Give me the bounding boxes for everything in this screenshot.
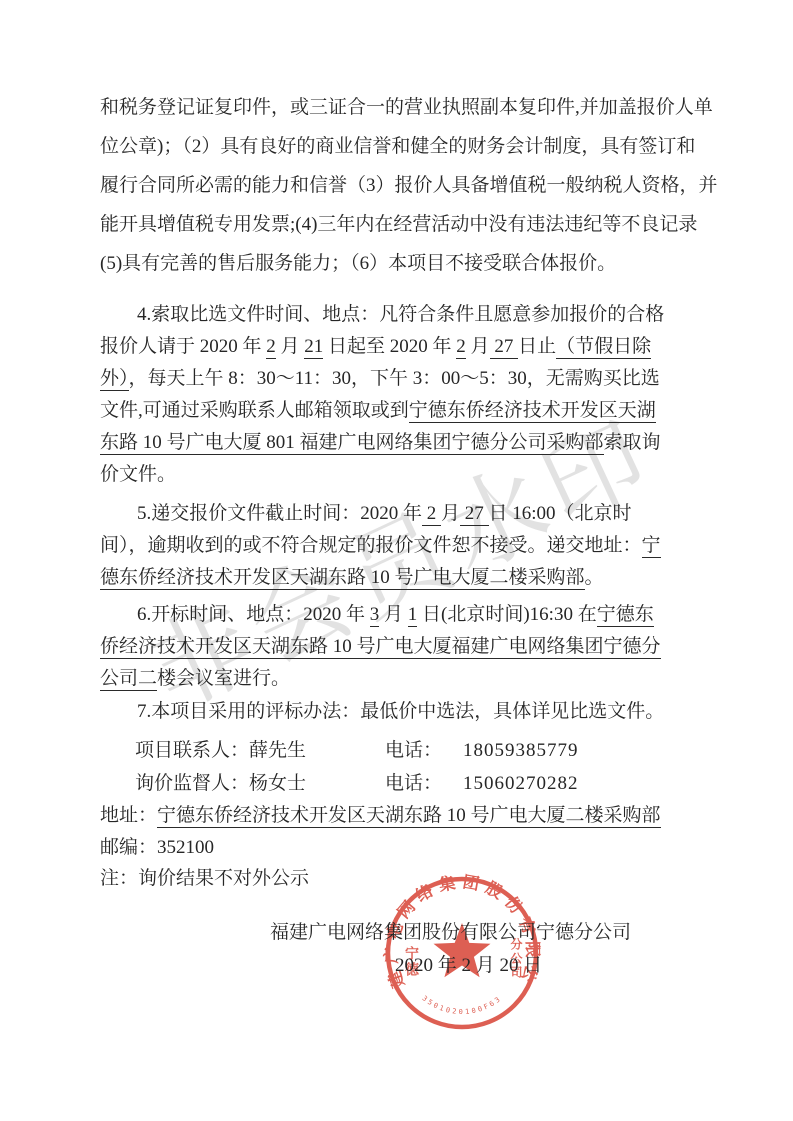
underlined-text-segment: 3 bbox=[370, 604, 380, 627]
doc-line: 德东侨经济技术开发区天湖东路 10 号广电大厦二楼采购部。 bbox=[100, 562, 718, 594]
underlined-text-segment: （节假日除 bbox=[556, 336, 651, 359]
phone-number: 15060270282 bbox=[463, 767, 579, 800]
underlined-text-segment: 21 bbox=[304, 336, 323, 359]
doc-line: 外），每天上午 8：30～11：30，下午 3：00～5：30，无需购买比选 bbox=[100, 363, 718, 395]
underlined-text-segment: 2 bbox=[266, 336, 276, 359]
underlined-text-segment: 东路 10 号广电大厦 801 福建广电网络集团宁德分公司采购部 bbox=[100, 432, 604, 455]
doc-line: 东路 10 号广电大厦 801 福建广电网络集团宁德分公司采购部索取询 bbox=[100, 427, 718, 459]
scanned-document-page: 非会员水印 福建广电网络集团股份有限公司 3501020100F63 宁德 分公… bbox=[0, 0, 793, 1121]
doc-line: 4.索取比选文件时间、地点：凡符合条件且愿意参加报价的合格 bbox=[100, 299, 718, 331]
item-4: 4.索取比选文件时间、地点：凡符合条件且愿意参加报价的合格报价人请于 2020 … bbox=[100, 299, 718, 491]
text-segment: 日(北京时间)16:30 在 bbox=[417, 604, 596, 625]
doc-line: 和税务登记证复印件，或三证合一的营业执照副本复印件,并加盖报价人单 bbox=[100, 88, 718, 127]
doc-line: 价文件。 bbox=[100, 459, 718, 491]
phone-label: 电话： bbox=[385, 734, 463, 767]
text-segment: 文件,可通过采购联系人邮箱领取或到 bbox=[100, 400, 409, 421]
doc-line: 6.开标时间、地点：2020 年 3 月 1 日(北京时间)16:30 在宁德东 bbox=[100, 599, 718, 631]
text-segment: 4.索取比选文件时间、地点：凡符合条件且愿意参加报价的合格 bbox=[137, 304, 664, 325]
text-segment: 履行合同所必需的能力和信誉（3）报价人具备增值税一般纳税人资格，并 bbox=[100, 175, 718, 196]
text-segment: 6.开标时间、地点：2020 年 bbox=[137, 604, 370, 625]
underlined-text-segment: 侨经济技术开发区天湖东路 10 号广电大厦福建广电网络集团宁德分 bbox=[100, 636, 661, 659]
address-line: 地址：宁德东侨经济技术开发区天湖东路 10 号广电大厦二楼采购部 bbox=[100, 800, 718, 832]
text-segment: 索取询 bbox=[604, 432, 661, 453]
doc-line: 5.递交报价文件截止时间：2020 年 2 月 27 日 16:00（北京时 bbox=[100, 498, 718, 530]
text-segment: 月 bbox=[441, 503, 460, 524]
signature-block: 福建广电网络集团股份有限公司宁德分公司 2020 年 2 月 20 日 bbox=[270, 916, 631, 982]
contact-person-label: 项目联系人：薛先生 bbox=[135, 734, 385, 767]
footer-block: 地址：宁德东侨经济技术开发区天湖东路 10 号广电大厦二楼采购部邮编：35210… bbox=[100, 800, 718, 895]
postcode-line: 邮编：352100 bbox=[100, 832, 718, 864]
doc-line: 报价人请于 2020 年 2 月 21 日起至 2020 年 2 月 27 日止… bbox=[100, 331, 718, 363]
note-line: 注：询价结果不对外公示 bbox=[100, 863, 718, 895]
underlined-text-segment: 公司二 bbox=[100, 668, 157, 691]
document-body: 和税务登记证复印件，或三证合一的营业执照副本复印件,并加盖报价人单位公章)；（2… bbox=[100, 88, 718, 895]
underlined-text-segment: 27 bbox=[460, 503, 489, 526]
text-segment: 月 bbox=[276, 336, 305, 357]
doc-line: 侨经济技术开发区天湖东路 10 号广电大厦福建广电网络集团宁德分 bbox=[100, 631, 718, 663]
text-segment: 间），逾期收到的或不符合规定的报价文件恕不接受。递交地址： bbox=[100, 535, 642, 556]
item-5: 5.递交报价文件截止时间：2020 年 2 月 27 日 16:00（北京时间）… bbox=[100, 498, 718, 594]
underlined-text-segment: 2 bbox=[422, 503, 441, 526]
text-segment: 楼会议室进行。 bbox=[157, 668, 290, 689]
phone-number: 18059385779 bbox=[463, 734, 579, 767]
item-6: 6.开标时间、地点：2020 年 3 月 1 日(北京时间)16:30 在宁德东… bbox=[100, 599, 718, 695]
text-segment: 日止 bbox=[518, 336, 556, 357]
text-segment: 日起至 2020 年 bbox=[323, 336, 456, 357]
underlined-text-segment: 外） bbox=[100, 368, 129, 391]
doc-line: 履行合同所必需的能力和信誉（3）报价人具备增值税一般纳税人资格，并 bbox=[100, 166, 718, 205]
text-segment: 报价人请于 2020 年 bbox=[100, 336, 266, 357]
phone-label: 电话： bbox=[385, 767, 463, 800]
underlined-text-segment: 1 bbox=[408, 604, 418, 627]
text-segment: 和税务登记证复印件，或三证合一的营业执照副本复印件,并加盖报价人单 bbox=[100, 97, 713, 118]
item-7: 7.本项目采用的评标办法：最低价中选法，具体详见比选文件。 bbox=[100, 695, 718, 728]
text-segment: (5)具有完善的售后服务能力；（6）本项目不接受联合体报价。 bbox=[100, 253, 616, 274]
text-segment: 月 bbox=[379, 604, 408, 625]
doc-line: 文件,可通过采购联系人邮箱领取或到宁德东侨经济技术开发区天湖 bbox=[100, 395, 718, 427]
intro-paragraph: 和税务登记证复印件，或三证合一的营业执照副本复印件,并加盖报价人单位公章)；（2… bbox=[100, 88, 718, 283]
underlined-text-segment: 德东侨经济技术开发区天湖东路 10 号广电大厦二楼采购部 bbox=[100, 567, 585, 590]
signature-company: 福建广电网络集团股份有限公司宁德分公司 bbox=[270, 916, 631, 949]
doc-line: (5)具有完善的售后服务能力；（6）本项目不接受联合体报价。 bbox=[100, 244, 718, 283]
seal-code-text: 3501020100F63 bbox=[421, 994, 504, 1016]
doc-line: 能开具增值税专用发票;(4)三年内在经营活动中没有违法违纪等不良记录 bbox=[100, 205, 718, 244]
text-segment: 地址： bbox=[100, 805, 157, 826]
underlined-text-segment: 宁德东侨经济技术开发区天湖东路 10 号广电大厦二楼采购部 bbox=[157, 805, 661, 828]
doc-line: 公司二楼会议室进行。 bbox=[100, 663, 718, 695]
doc-line: 位公章)；（2）具有良好的商业信誉和健全的财务会计制度，具有签订和 bbox=[100, 127, 718, 166]
text-segment: 能开具增值税专用发票;(4)三年内在经营活动中没有违法违纪等不良记录 bbox=[100, 214, 697, 235]
text-segment: 日 16:00（北京时 bbox=[489, 503, 632, 524]
text-segment: 邮编：352100 bbox=[100, 837, 214, 858]
underlined-text-segment: 27 bbox=[490, 336, 519, 359]
text-segment: 。 bbox=[585, 567, 604, 588]
signature-date: 2020 年 2 月 20 日 bbox=[270, 949, 631, 982]
underlined-text-segment: 宁德东侨经济技术开发区天湖 bbox=[409, 400, 656, 423]
underlined-text-segment: 宁 bbox=[642, 535, 661, 558]
doc-line: 7.本项目采用的评标办法：最低价中选法，具体详见比选文件。 bbox=[100, 695, 718, 728]
text-segment: 月 bbox=[466, 336, 490, 357]
contacts-block: 项目联系人：薛先生电话：18059385779询价监督人：杨女士电话：15060… bbox=[100, 734, 718, 800]
underlined-text-segment: 宁德东 bbox=[597, 604, 654, 627]
text-segment: 7.本项目采用的评标办法：最低价中选法，具体详见比选文件。 bbox=[137, 701, 664, 722]
text-segment: 价文件。 bbox=[100, 464, 176, 485]
text-segment: 注：询价结果不对外公示 bbox=[100, 868, 309, 889]
contact-row: 项目联系人：薛先生电话：18059385779 bbox=[100, 734, 718, 767]
text-segment: 位公章)；（2）具有良好的商业信誉和健全的财务会计制度，具有签订和 bbox=[100, 136, 695, 157]
underlined-text-segment: 2 bbox=[456, 336, 466, 359]
text-segment: 5.递交报价文件截止时间：2020 年 bbox=[137, 503, 422, 524]
contact-person-label: 询价监督人：杨女士 bbox=[135, 767, 385, 800]
doc-line: 间），逾期收到的或不符合规定的报价文件恕不接受。递交地址：宁 bbox=[100, 530, 718, 562]
text-segment: ，每天上午 8：30～11：30，下午 3：00～5：30，无需购买比选 bbox=[129, 368, 660, 389]
contact-row: 询价监督人：杨女士电话：15060270282 bbox=[100, 767, 718, 800]
